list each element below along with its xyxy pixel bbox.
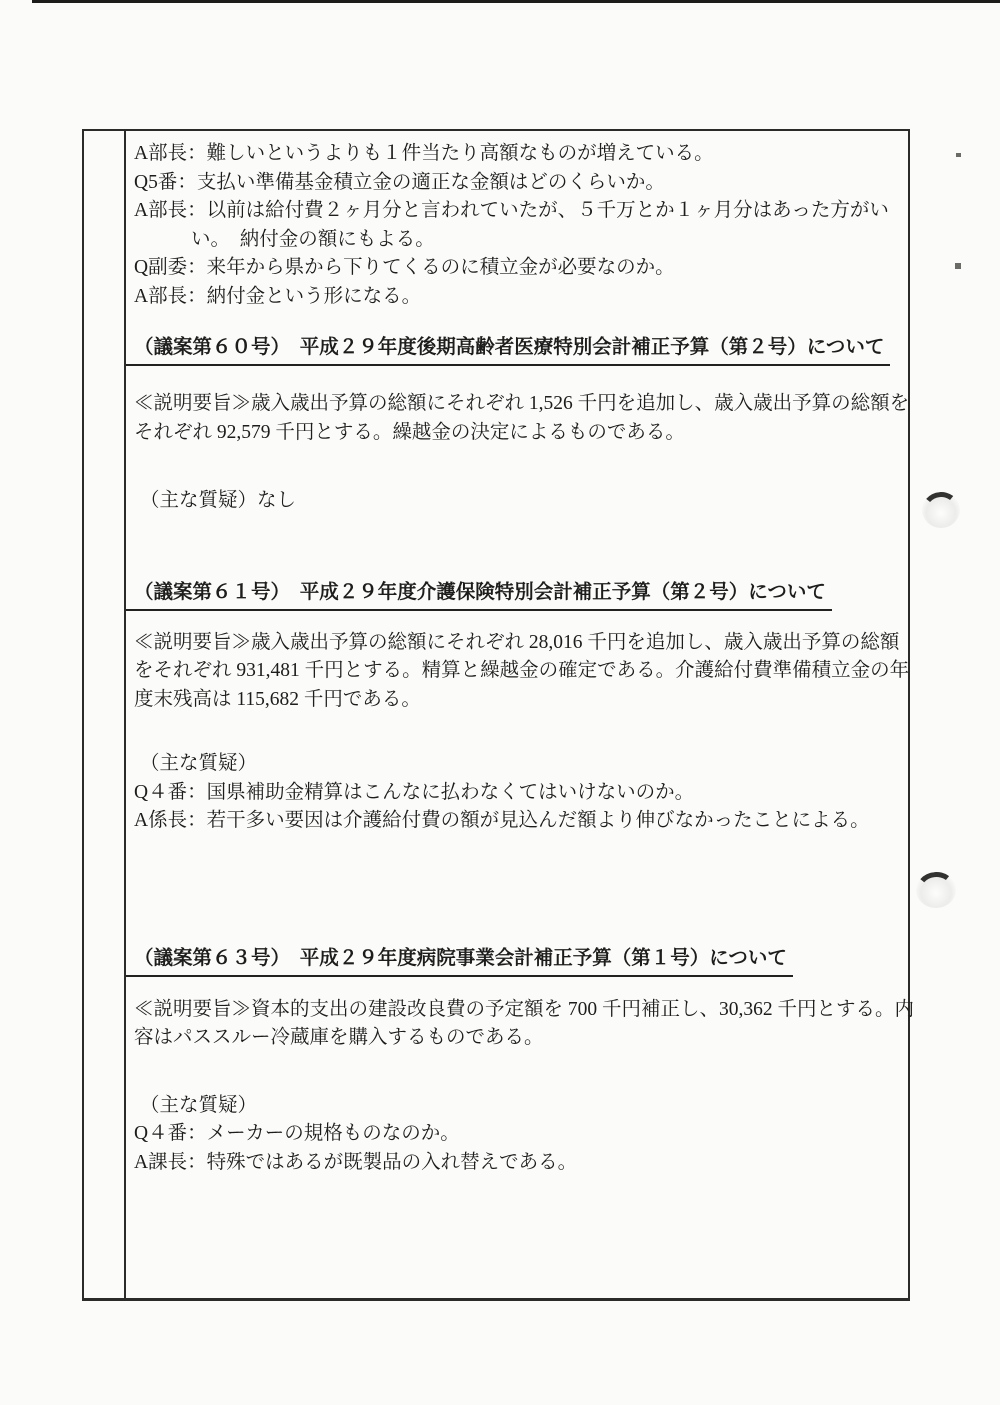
minutes-table-frame: A部長：難しいというよりも１件当たり高額なものが増えている。 Q5番：支払い準備… [82, 129, 910, 1301]
qa-text: 国県補助金精算はこんなに払わなくてはいけないのか。 [207, 782, 695, 803]
qa-line: A部長：以前は給付費２ヶ月分と言われていたが、５千万とか１ヶ月分はあった方がい [134, 197, 914, 226]
section-61-heading: （議案第６１号） 平成２９年度介護保険特別会計補正予算（第２号）について [134, 578, 914, 611]
section-61-qa-block: （主な質疑） Q４番：国県補助金精算はこんなに払わなくてはいけないのか。 A係長… [134, 750, 914, 836]
section-61-questions-label: （主な質疑） [134, 750, 914, 779]
section-61-summary: ≪説明要旨≫歳入歳出予算の総額にそれぞれ 28,016 千円を追加し、歳入歳出予… [134, 629, 914, 715]
speaker-label: Q5番： [134, 172, 197, 193]
section-60-heading: （議案第６０号） 平成２９年度後期高齢者医療特別会計補正予算（第２号）について [134, 333, 914, 366]
dust-speck [955, 263, 961, 269]
speaker-label: A部長： [134, 286, 207, 307]
section-60-questions-label: （主な質疑）なし [134, 487, 914, 516]
opening-qa-block: A部長：難しいというよりも１件当たり高額なものが増えている。 Q5番：支払い準備… [134, 140, 914, 311]
qa-text: 支払い準備基金積立金の適正な金額はどのくらいか。 [197, 172, 665, 193]
qa-line: Q４番：国県補助金精算はこんなに払わなくてはいけないのか。 [134, 779, 914, 808]
qa-text: 難しいというよりも１件当たり高額なものが増えている。 [207, 143, 714, 164]
dust-speck [956, 153, 961, 157]
table-left-margin-column [84, 131, 126, 1298]
speaker-label: Q４番： [134, 782, 207, 803]
qa-line: Q副委：来年から県から下りてくるのに積立金が必要なのか。 [134, 254, 914, 283]
section-63-heading-text: （議案第６３号） 平成２９年度病院事業会計補正予算（第１号）について [126, 944, 793, 977]
speaker-label: Q副委： [134, 257, 207, 278]
qa-text: 特殊ではあるが既製品の入れ替えである。 [207, 1152, 578, 1173]
scan-artifact-top-edge [32, 0, 1000, 3]
punch-hole-shadow-top [922, 492, 960, 528]
speaker-label: A係長： [134, 810, 207, 831]
qa-line: A部長：難しいというよりも１件当たり高額なものが増えている。 [134, 140, 914, 169]
speaker-label: A部長： [134, 200, 207, 221]
qa-text: 来年から県から下りてくるのに積立金が必要なのか。 [207, 257, 675, 278]
section-61-heading-text: （議案第６１号） 平成２９年度介護保険特別会計補正予算（第２号）について [126, 578, 832, 611]
section-63-summary: ≪説明要旨≫資本的支出の建設改良費の予定額を 700 千円補正し、30,362 … [134, 996, 914, 1053]
qa-line: Q5番：支払い準備基金積立金の適正な金額はどのくらいか。 [134, 169, 914, 198]
qa-line: A係長：若干多い要因は介護給付費の額が見込んだ額より伸びなかったことによる。 [134, 807, 914, 836]
section-60-summary: ≪説明要旨≫歳入歳出予算の総額にそれぞれ 1,526 千円を追加し、歳入歳出予算… [134, 390, 914, 447]
punch-hole-shadow-bottom [916, 872, 956, 908]
qa-line-continuation: い。 納付金の額にもよる。 [134, 226, 914, 255]
section-63-qa-block: （主な質疑） Q４番：メーカーの規格ものなのか。 A課長：特殊ではあるが既製品の… [134, 1092, 914, 1178]
qa-line: A部長：納付金という形になる。 [134, 283, 914, 312]
minutes-content: A部長：難しいというよりも１件当たり高額なものが増えている。 Q5番：支払い準備… [126, 131, 918, 1298]
section-63-heading: （議案第６３号） 平成２９年度病院事業会計補正予算（第１号）について [134, 944, 914, 977]
qa-text: メーカーの規格ものなのか。 [207, 1123, 460, 1144]
qa-text: い。 納付金の額にもよる。 [191, 229, 435, 250]
speaker-label: A部長： [134, 143, 207, 164]
qa-line: Q４番：メーカーの規格ものなのか。 [134, 1120, 914, 1149]
speaker-label: A課長： [134, 1152, 207, 1173]
section-63-questions-label: （主な質疑） [134, 1092, 914, 1121]
qa-text: 若干多い要因は介護給付費の額が見込んだ額より伸びなかったことによる。 [207, 810, 870, 831]
qa-line: A課長：特殊ではあるが既製品の入れ替えである。 [134, 1149, 914, 1178]
scanned-minutes-page: A部長：難しいというよりも１件当たり高額なものが増えている。 Q5番：支払い準備… [0, 0, 1000, 1405]
section-60-heading-text: （議案第６０号） 平成２９年度後期高齢者医療特別会計補正予算（第２号）について [126, 333, 890, 366]
speaker-label: Q４番： [134, 1123, 207, 1144]
qa-text: 以前は給付費２ヶ月分と言われていたが、５千万とか１ヶ月分はあった方がい [207, 200, 889, 221]
qa-text: 納付金という形になる。 [207, 286, 422, 307]
